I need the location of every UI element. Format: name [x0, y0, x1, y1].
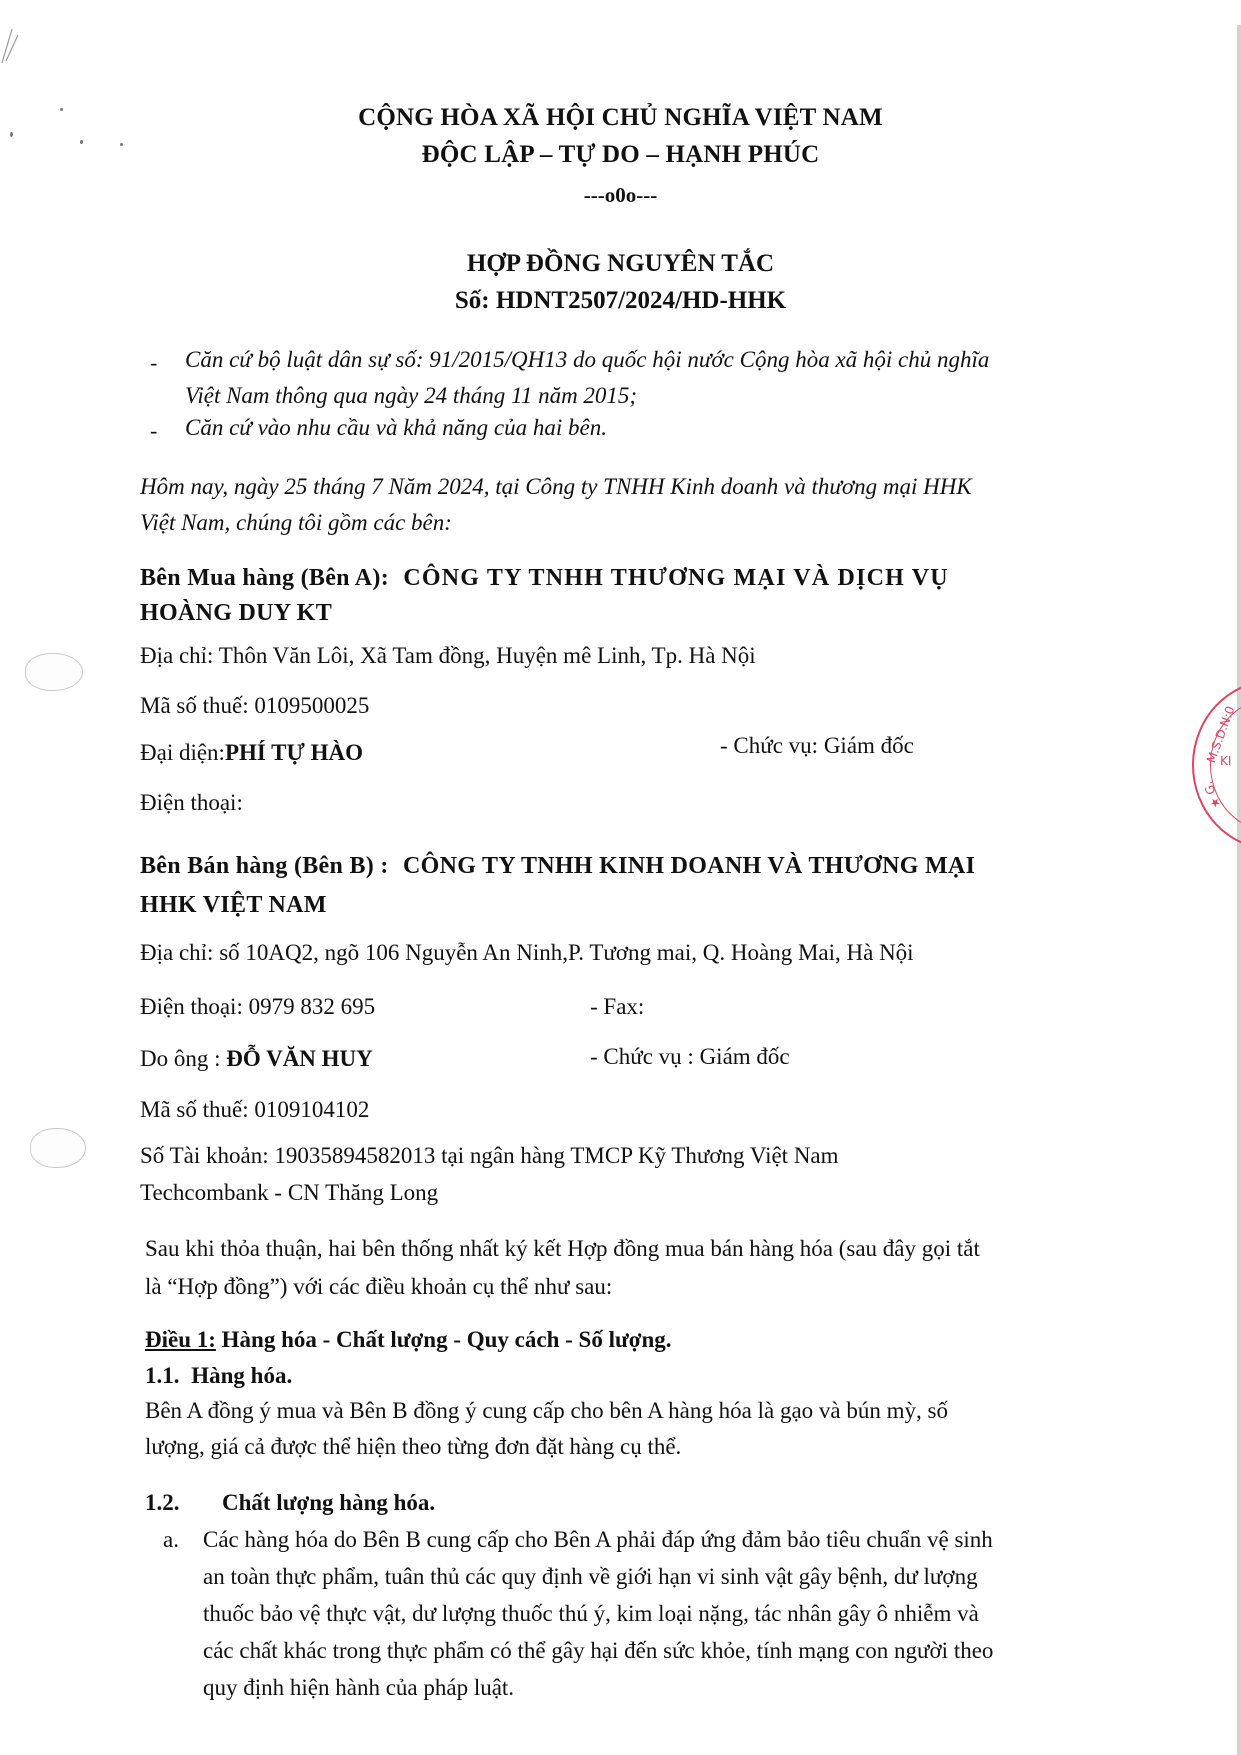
scan-mark-icon — [0, 25, 30, 65]
punch-hole — [25, 653, 83, 691]
item-a-line-2: an toàn thực phẩm, tuân thủ các quy định… — [203, 1564, 978, 1590]
preamble-bullet-1-line-1: Căn cứ bộ luật dân sự số: 91/2015/QH13 d… — [185, 347, 989, 373]
item-a-marker: a. — [163, 1527, 179, 1553]
agreement-line-1: Sau khi thỏa thuận, hai bên thống nhất k… — [145, 1236, 980, 1262]
party-b-bank-line-2: Techcombank - CN Thăng Long — [140, 1180, 438, 1206]
nation-heading: CỘNG HÒA XÃ HỘI CHỦ NGHĨA VIỆT NAM — [0, 104, 1241, 132]
party-b-fax: - Fax: — [590, 994, 644, 1020]
party-b-representative-label: Do ông : — [140, 1046, 221, 1071]
article-1-title: Hàng hóa - Chất lượng - Quy cách - Số lư… — [216, 1327, 672, 1352]
party-b-label: Bên Bán hàng (Bên B) : — [140, 853, 389, 879]
punch-hole — [30, 1128, 86, 1168]
section-1-1-heading: 1.1. Hàng hóa. — [145, 1363, 292, 1389]
party-b-position: - Chức vụ : Giám đốc — [590, 1044, 790, 1070]
document-page: M.S.D.N:0 KI ★ G. CỘNG HÒA XÃ HỘI CHỦ NG… — [0, 0, 1241, 1755]
party-a-phone: Điện thoại: — [140, 790, 243, 816]
party-a-label: Bên Mua hàng (Bên A): — [140, 565, 389, 591]
item-a-line-3: thuốc bảo vệ thực vật, dư lượng thuốc th… — [203, 1601, 979, 1627]
motto-heading: ĐỘC LẬP – TỰ DO – HẠNH PHÚC — [0, 141, 1241, 169]
section-1-2-title: Chất lượng hàng hóa. — [222, 1490, 435, 1516]
header-separator: ---o0o--- — [0, 183, 1241, 208]
party-a-name-line-1: CÔNG TY TNHH THƯƠNG MẠI VÀ DỊCH VỤ — [403, 565, 949, 591]
section-1-1-title: Hàng hóa. — [191, 1363, 292, 1388]
party-b-representative: Do ông : ĐỖ VĂN HUY — [140, 1046, 373, 1072]
party-a-address: Địa chỉ: Thôn Văn Lôi, Xã Tam đồng, Huyệ… — [140, 643, 756, 669]
party-b-heading: Bên Bán hàng (Bên B) : CÔNG TY TNHH KINH… — [140, 853, 975, 880]
item-a-line-5: quy định hiện hành của pháp luật. — [203, 1675, 514, 1701]
party-b-tax-code: Mã số thuế: 0109104102 — [140, 1097, 369, 1123]
agreement-line-2: là “Hợp đồng”) với các điều khoản cụ thể… — [145, 1274, 612, 1300]
party-a-position: - Chức vụ: Giám đốc — [720, 733, 914, 759]
party-b-bank-line-1: Số Tài khoản: 19035894582013 tại ngân hà… — [140, 1143, 839, 1169]
party-a-tax-code: Mã số thuế: 0109500025 — [140, 693, 369, 719]
stamp-text-inner: KI — [1220, 754, 1231, 768]
party-b-name-line-1: CÔNG TY TNHH KINH DOANH VÀ THƯƠNG MẠI — [403, 853, 975, 879]
contract-title: HỢP ĐỒNG NGUYÊN TẮC — [0, 250, 1241, 278]
contract-number: Số: HDNT2507/2024/HD-HHK — [0, 287, 1241, 315]
preamble-bullet-2: Căn cứ vào nhu cầu và khả năng của hai b… — [185, 415, 607, 441]
page-edge-shadow — [1237, 25, 1241, 1755]
article-1-label: Điều 1: — [145, 1327, 216, 1352]
party-a-name-line-2: HOÀNG DUY KT — [140, 600, 332, 627]
item-a-line-4: các chất khác trong thực phẩm có thể gây… — [203, 1638, 993, 1664]
bullet-marker: - — [150, 350, 157, 376]
article-1-heading: Điều 1: Hàng hóa - Chất lượng - Quy cách… — [145, 1327, 672, 1353]
section-1-2-number: 1.2. — [145, 1490, 180, 1516]
company-stamp: M.S.D.N:0 KI ★ G. — [1192, 680, 1241, 850]
item-a-line-1: Các hàng hóa do Bên B cung cấp cho Bên A… — [203, 1527, 993, 1553]
party-a-representative: Đại diện:PHÍ TỰ HÀO — [140, 740, 363, 766]
intro-line-2: Việt Nam, chúng tôi gồm các bên: — [140, 510, 452, 536]
party-b-representative-name: ĐỖ VĂN HUY — [226, 1046, 373, 1071]
party-b-name-line-2: HHK VIỆT NAM — [140, 892, 327, 919]
party-a-representative-name: PHÍ TỰ HÀO — [225, 740, 363, 765]
party-b-address: Địa chỉ: số 10AQ2, ngõ 106 Nguyễn An Nin… — [140, 940, 914, 966]
party-a-representative-label: Đại diện: — [140, 740, 225, 765]
party-b-phone: Điện thoại: 0979 832 695 — [140, 994, 375, 1020]
section-1-1-number: 1.1. — [145, 1363, 180, 1388]
section-1-1-line-1: Bên A đồng ý mua và Bên B đồng ý cung cấ… — [145, 1398, 948, 1424]
bullet-marker: - — [150, 418, 157, 444]
preamble-bullet-1-line-2: Việt Nam thông qua ngày 24 tháng 11 năm … — [185, 383, 637, 409]
party-a-heading: Bên Mua hàng (Bên A): CÔNG TY TNHH THƯƠN… — [140, 565, 949, 592]
section-1-1-line-2: lượng, giá cả được thể hiện theo từng đơ… — [145, 1434, 681, 1460]
intro-line-1: Hôm nay, ngày 25 tháng 7 Năm 2024, tại C… — [140, 474, 972, 500]
scan-speck — [10, 132, 13, 137]
